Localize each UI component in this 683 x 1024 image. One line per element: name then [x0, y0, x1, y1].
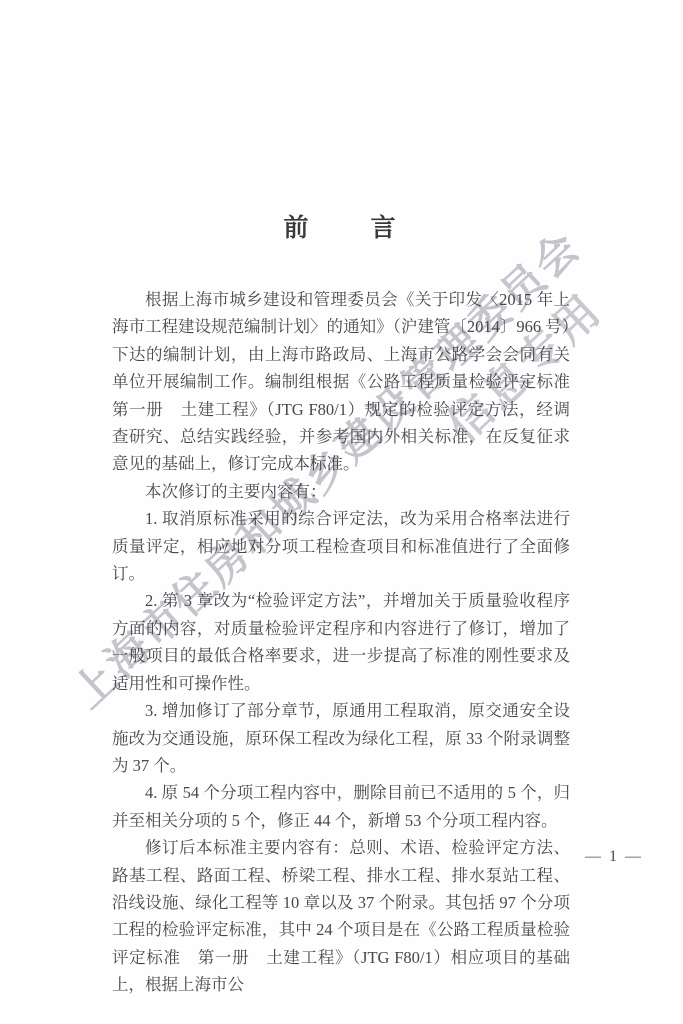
document-page: 上海市住房和城乡建设管理委员会 信息专用 前 言 根据上海市城乡建设和管理委员会…	[0, 0, 683, 1024]
paragraph-item-3: 3. 增加修订了部分章节，原通用工程取消，原交通安全设施改为交通设施，原环保工程…	[112, 697, 570, 779]
paragraph-item-1: 1. 取消原标准采用的综合评定法，改为采用合格率法进行质量评定，相应地对分项工程…	[112, 505, 570, 587]
paragraph-item-2: 2. 第 3 章改为“检验评定方法”，并增加关于质量验收程序方面的内容，对质量检…	[112, 587, 570, 697]
paragraph-item-4: 4. 原 54 个分项工程内容中，删除目前已不适用的 5 个，归并至相关分项的 …	[112, 779, 570, 834]
paragraph-summary: 修订后本标准主要内容有：总则、术语、检验评定方法、路基工程、路面工程、桥梁工程、…	[112, 834, 570, 998]
page-number: — 1 —	[585, 848, 643, 866]
page-title: 前 言	[0, 208, 683, 244]
paragraph-revision-lead: 本次修订的主要内容有：	[112, 478, 570, 505]
paragraph-intro: 根据上海市城乡建设和管理委员会《关于印发〈2015 年上海市工程建设规范编制计划…	[112, 286, 570, 478]
document-body: 根据上海市城乡建设和管理委员会《关于印发〈2015 年上海市工程建设规范编制计划…	[112, 286, 570, 999]
